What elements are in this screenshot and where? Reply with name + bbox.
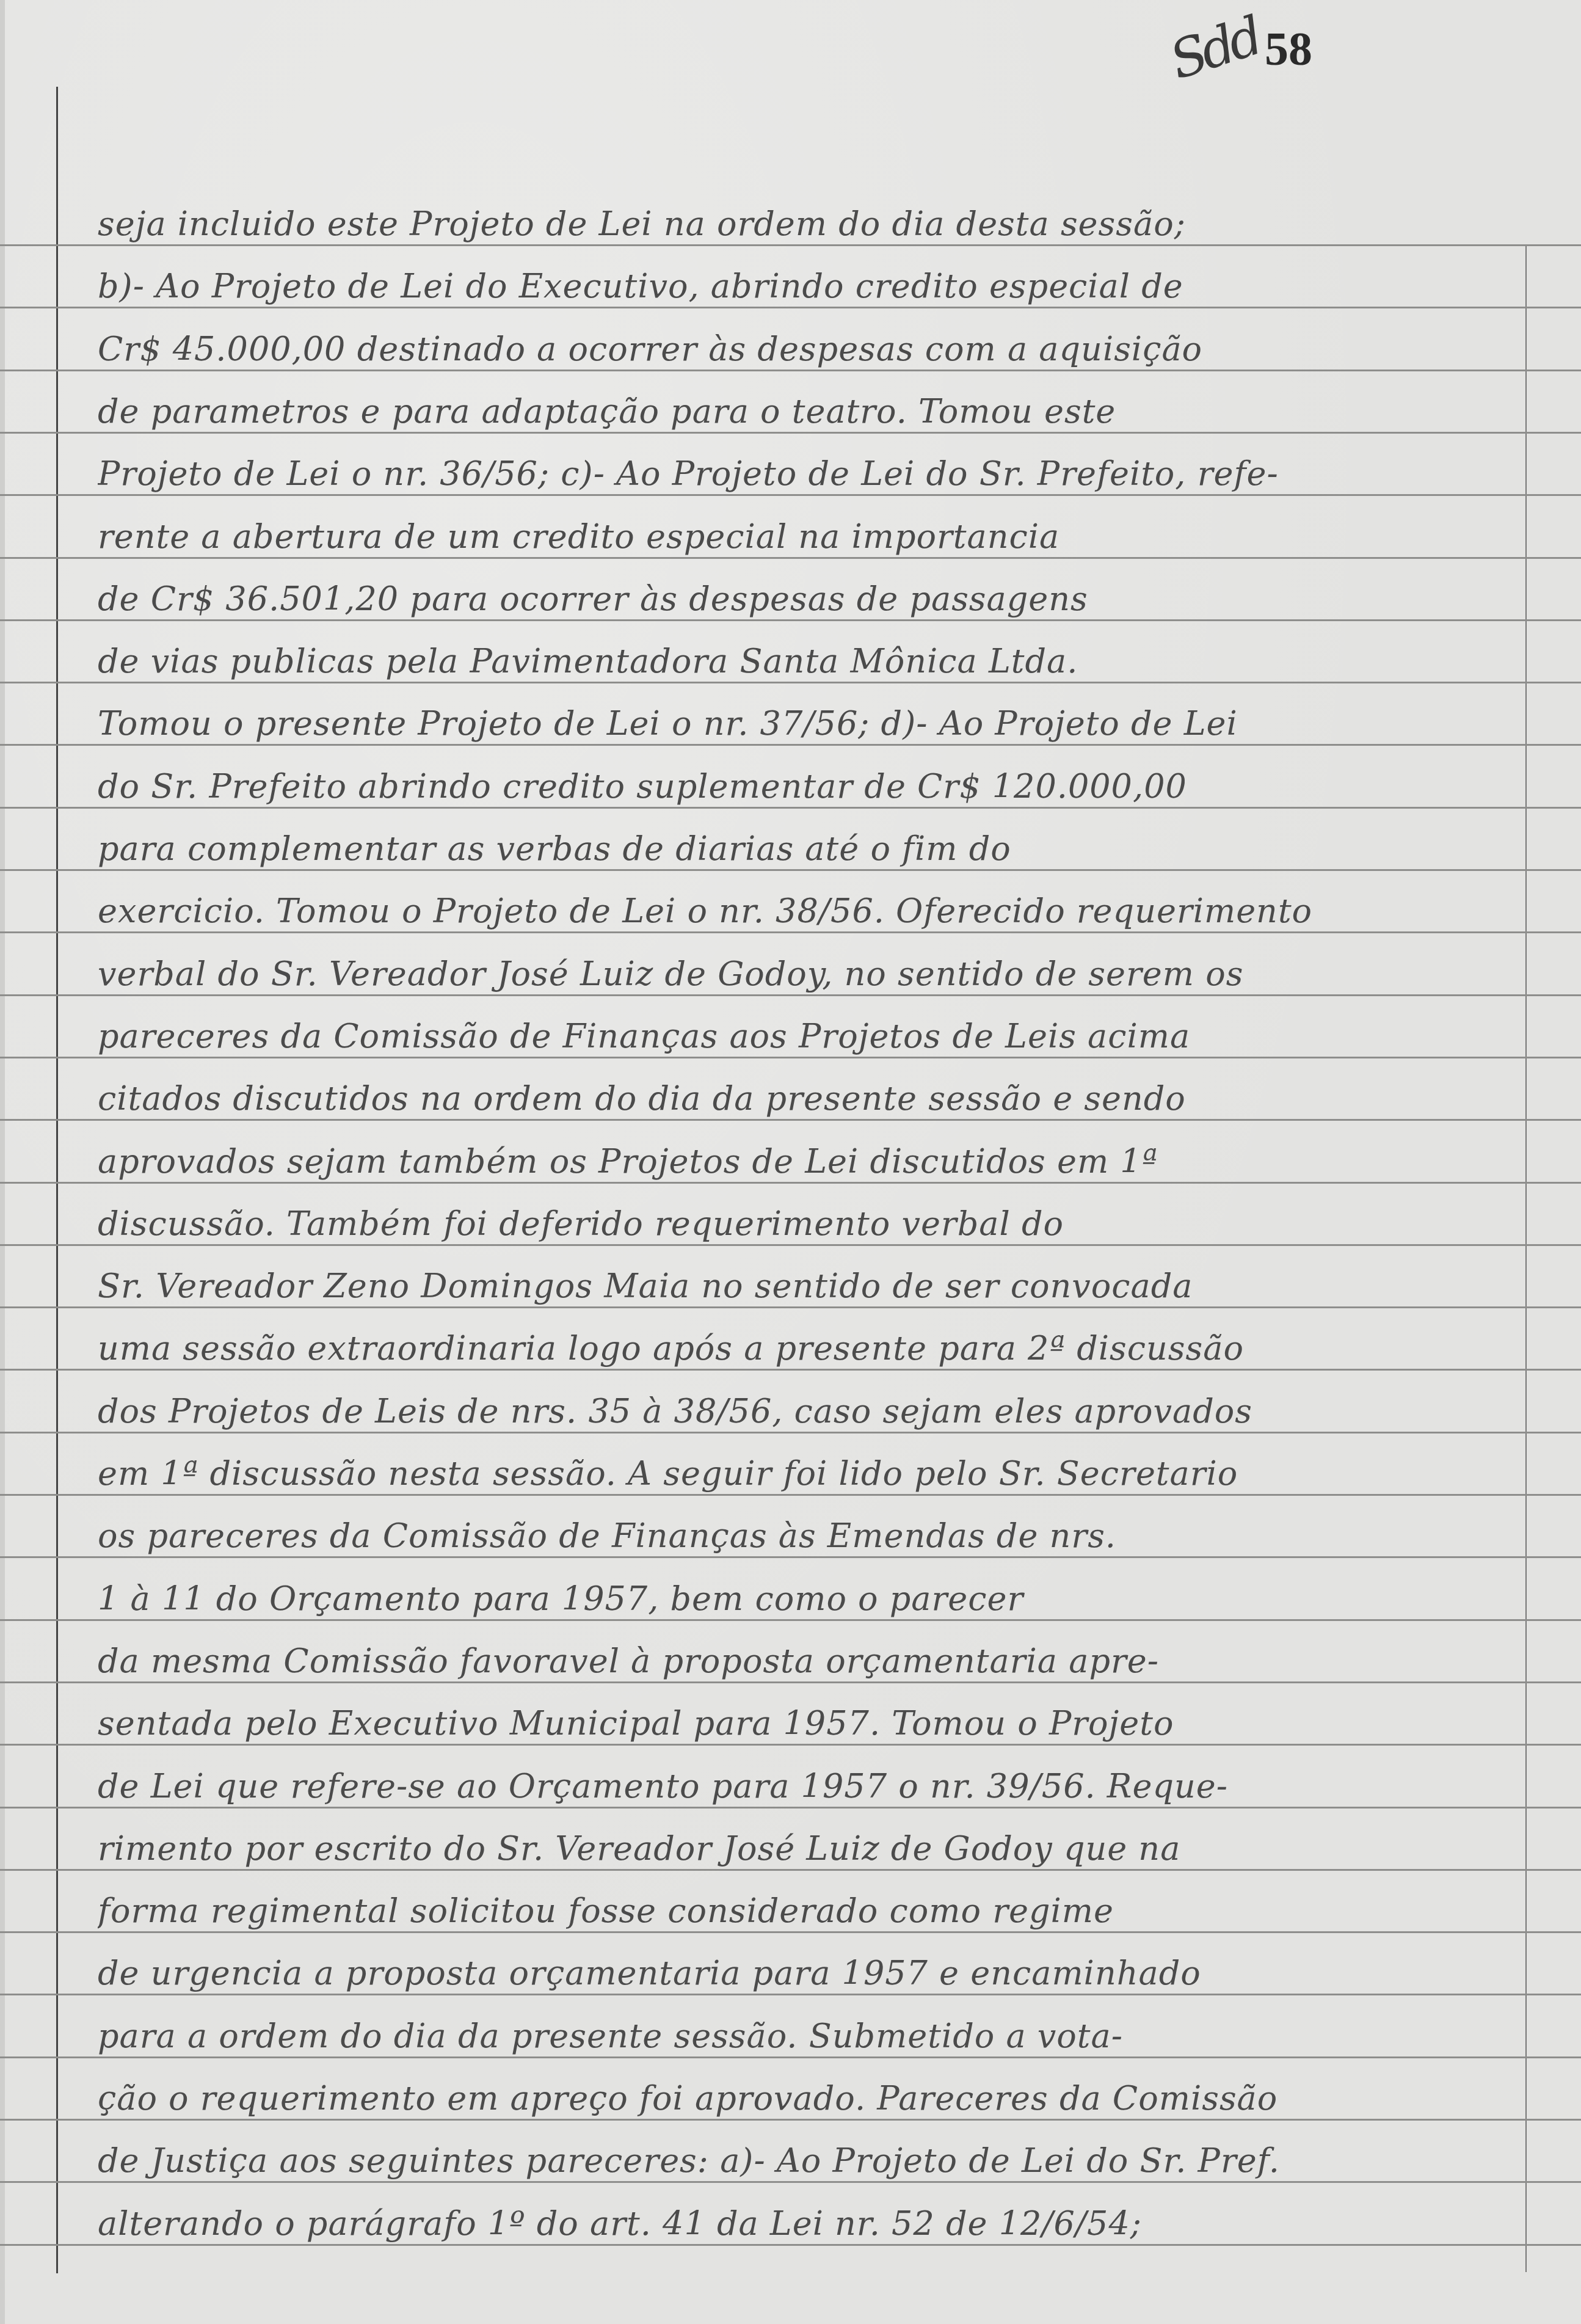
handwritten-line: de Lei que refere-se ao Orçamento para 1… [98,1757,1521,1805]
ruled-line [0,744,1581,746]
page-edge [0,0,5,2324]
ruled-line [0,1244,1581,1246]
handwritten-line: rimento por escrito do Sr. Vereador José… [98,1819,1521,1868]
handwritten-line: discussão. Também foi deferido requerime… [98,1194,1521,1243]
right-margin-line [1525,244,1527,2272]
handwritten-line: rente a abertura de um credito especial … [98,507,1521,556]
ruled-line [0,1869,1581,1871]
ruled-line [0,807,1581,809]
ruled-line [0,2244,1581,2246]
handwritten-line: Sr. Vereador Zeno Domingos Maia no senti… [98,1256,1521,1305]
ruled-line [0,1369,1581,1371]
ruled-line [0,1306,1581,1308]
ruled-line [0,931,1581,933]
handwritten-line: seja incluido este Projeto de Lei na ord… [98,194,1521,243]
ruled-line [0,1744,1581,1746]
handwritten-line: aprovados sejam também os Projetos de Le… [98,1132,1521,1181]
ruled-line [0,994,1581,996]
ruled-line [0,1494,1581,1496]
handwritten-line: do Sr. Prefeito abrindo credito suplemen… [98,757,1521,806]
handwritten-line: ção o requerimento em apreço foi aprovad… [98,2069,1521,2118]
handwritten-line: forma regimental solicitou fosse conside… [98,1881,1521,1930]
handwritten-line: para a ordem do dia da presente sessão. … [98,2006,1521,2055]
ruled-line [0,869,1581,871]
handwritten-line: alterando o parágrafo 1º do art. 41 da L… [98,2194,1521,2243]
handwritten-line: Projeto de Lei o nr. 36/56; c)- Ao Proje… [98,444,1521,493]
ruled-line [0,557,1581,559]
handwritten-line: de Justiça aos seguintes pareceres: a)- … [98,2131,1521,2180]
ruled-line [0,1057,1581,1058]
ruled-line [0,1619,1581,1621]
handwritten-line: verbal do Sr. Vereador José Luiz de Godo… [98,944,1521,993]
ruled-line [0,1994,1581,1995]
ruled-line [0,1556,1581,1558]
handwritten-line: citados discutidos na ordem do dia da pr… [98,1069,1521,1118]
ruled-line [0,1931,1581,1933]
page-number: 58 [1265,21,1312,76]
ruled-line [0,494,1581,496]
handwritten-line: uma sessão extraordinaria logo após a pr… [98,1319,1521,1368]
left-margin-line [56,87,58,2273]
handwritten-line: de vias publicas pela Pavimentadora Sant… [98,632,1521,680]
ruled-line [0,2181,1581,2183]
handwritten-line: Cr$ 45.000,00 destinado a ocorrer às des… [98,319,1521,368]
ruled-line [0,2119,1581,2121]
ruled-line [0,370,1581,371]
handwritten-line: b)- Ao Projeto de Lei do Executivo, abri… [98,257,1521,305]
handwritten-line: sentada pelo Executivo Municipal para 19… [98,1694,1521,1743]
handwritten-line: os pareceres da Comissão de Finanças às … [98,1506,1521,1555]
ruled-line [0,307,1581,308]
ruled-line [0,432,1581,434]
ledger-page: Sdd 58 seja incluido este Projeto de Lei… [0,0,1581,2324]
ruled-line [0,1119,1581,1121]
handwritten-line: Tomou o presente Projeto de Lei o nr. 37… [98,694,1521,743]
ruled-line [0,682,1581,683]
handwritten-line: em 1ª discussão nesta sessão. A seguir f… [98,1444,1521,1493]
ruled-line [0,1807,1581,1809]
handwritten-line: de Cr$ 36.501,20 para ocorrer às despesa… [98,569,1521,618]
ruled-line [0,1182,1581,1184]
ruled-line [0,2056,1581,2058]
folio-header: Sdd 58 [1170,18,1312,79]
handwritten-line: para complementar as verbas de diarias a… [98,819,1521,868]
handwritten-line: pareceres da Comissão de Finanças aos Pr… [98,1007,1521,1055]
handwritten-line: dos Projetos de Leis de nrs. 35 à 38/56,… [98,1382,1521,1430]
ruled-line [0,1681,1581,1683]
handwritten-line: de urgencia a proposta orçamentaria para… [98,1943,1521,1992]
handwritten-line: de parametros e para adaptação para o te… [98,382,1521,431]
ruled-line [0,619,1581,621]
handwritten-line: da mesma Comissão favoravel à proposta o… [98,1631,1521,1680]
handwritten-line: 1 à 11 do Orçamento para 1957, bem como … [98,1569,1521,1618]
ruled-line [0,244,1581,246]
handwritten-line: exercicio. Tomou o Projeto de Lei o nr. … [98,881,1521,930]
rubric-signature: Sdd [1163,6,1266,92]
ruled-line [0,1432,1581,1433]
